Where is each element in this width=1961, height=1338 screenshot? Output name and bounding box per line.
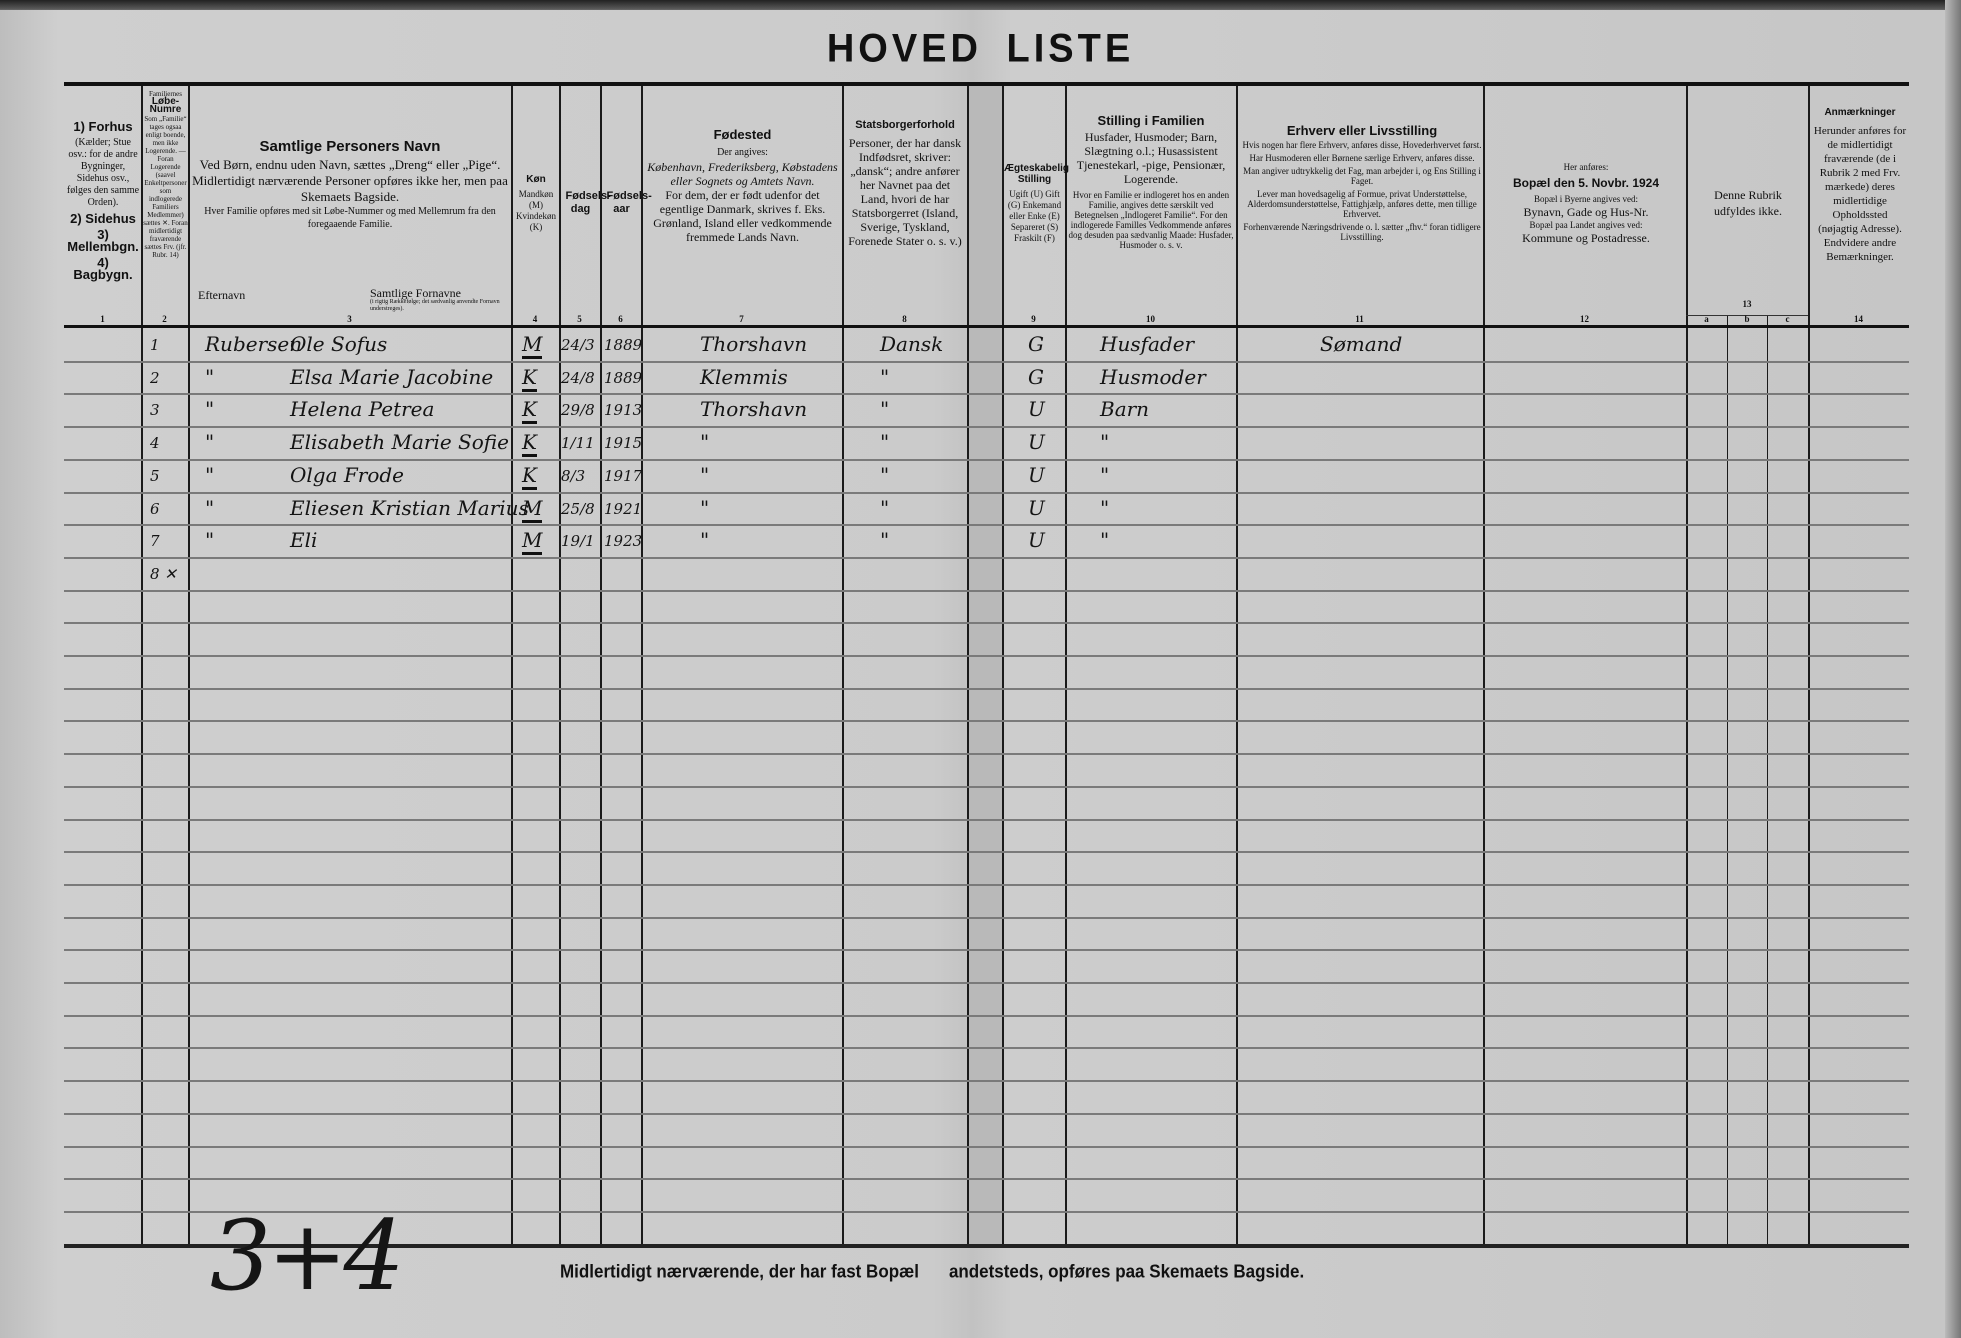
header-col-1: 1) Forhus (Kælder; Stue osv.: for de and… <box>66 88 140 318</box>
footer-note: Midlertidigt nærværende, der har fast Bo… <box>560 1261 1304 1283</box>
row-line <box>64 917 1909 919</box>
row-line <box>64 720 1909 722</box>
entry-birthplace: " <box>700 496 709 520</box>
row-line <box>64 1113 1909 1115</box>
col13-sub-b: b <box>1727 314 1767 324</box>
entry-number: 1 <box>150 336 160 354</box>
row-line <box>64 982 1909 984</box>
col5-heading: Fødsels-dag <box>566 190 596 216</box>
entry-family-role: Husfader <box>1100 332 1194 356</box>
entry-given-names: Eliesen Kristian Marius <box>290 496 529 520</box>
row-line <box>64 557 1909 559</box>
col7-heading: Fødested <box>646 128 839 142</box>
entry-surname: " <box>205 397 214 421</box>
col-number: 14 <box>1808 314 1909 324</box>
row-line <box>64 786 1909 788</box>
footer-note-left: Midlertidigt nærværende, der har fast Bo… <box>560 1261 919 1282</box>
entry-marital-status: U <box>1028 430 1045 454</box>
header-col-2: Familiernes Løbe-Numre Som „Familie“ tag… <box>143 88 188 320</box>
col-number: 6 <box>600 314 641 324</box>
entry-sex: K <box>522 397 537 424</box>
col11-para: Har Husmoderen eller Børnene særlige Erh… <box>1240 153 1484 163</box>
col2-text: Som „Familie“ tages ogsaa enligt boende,… <box>143 115 188 259</box>
entry-birth-year: 1913 <box>604 401 642 419</box>
row-line <box>64 361 1909 363</box>
entry-birth-day: 19/1 <box>561 532 595 550</box>
row-line <box>64 884 1909 886</box>
column-divider-13b <box>1767 315 1768 1244</box>
entry-birthplace: Thorshavn <box>700 397 807 421</box>
col1-text: (Kælder; Stue osv.: for de andre Bygning… <box>66 137 140 209</box>
column-divider-13a <box>1727 315 1728 1244</box>
col7-line2: København, Frederiksberg, Købstadens ell… <box>646 160 839 188</box>
footer-note-right: andetsteds, opføres paa Skemaets Bagside… <box>949 1261 1304 1282</box>
row-line <box>64 1178 1909 1180</box>
entry-citizenship: " <box>880 397 889 421</box>
entry-birthplace: " <box>700 528 709 552</box>
col7-line3: For dem, der er født udenfor det egentli… <box>646 188 839 244</box>
column-divider <box>1808 86 1810 1244</box>
col-number: 3 <box>188 314 511 324</box>
col14-text: Herunder anføres for de midlertidigt fra… <box>1812 124 1908 264</box>
col11-heading: Erhverv eller Livsstilling <box>1240 126 1484 136</box>
entry-marital-status: G <box>1028 365 1044 389</box>
col9-text: Ugift (U) Gift (G) Enkemand eller Enke (… <box>1004 189 1065 244</box>
col8-text: Personer, der har dansk Indfødsret, skri… <box>846 136 964 248</box>
row-line <box>64 1146 1909 1148</box>
col1-extra: 4) Bagbygn. <box>66 257 140 281</box>
page-gutter <box>969 86 1003 1244</box>
entry-given-names: Eli <box>290 528 317 552</box>
entry-surname: " <box>205 528 214 552</box>
col4-text: Mandkøn (M) Kvindekøn (K) <box>513 189 559 233</box>
entry-marital-status: U <box>1028 496 1045 520</box>
entry-birthplace: " <box>700 463 709 487</box>
col-number: 2 <box>141 314 188 324</box>
entry-birth-day: 25/8 <box>561 500 595 518</box>
entry-family-role: Husmoder <box>1100 365 1206 389</box>
col-number: 10 <box>1065 314 1236 324</box>
col11-para: Man angiver udtrykkelig det Fag, man arb… <box>1240 166 1484 186</box>
entry-number: 2 <box>150 369 160 387</box>
entry-birth-year: 1921 <box>604 500 642 518</box>
entry-sex: K <box>522 430 537 457</box>
header-col-9: Ægteskabelig Stilling Ugift (U) Gift (G)… <box>1004 88 1065 318</box>
column-divider <box>967 86 969 1244</box>
entry-marital-status: U <box>1028 463 1045 487</box>
col2-heading: Løbe-Numre <box>143 98 188 114</box>
header-col-10: Stilling i Familien Husfader, Husmoder; … <box>1068 88 1234 346</box>
header-col-13: Denne Rubrik udfyldes ikke. <box>1702 88 1794 318</box>
col10-line2: Hvor en Familie er indlogeret hos en and… <box>1068 190 1234 250</box>
col3-line3: Hver Familie opføres med sit Løbe-Nummer… <box>192 205 508 231</box>
entry-birthplace: " <box>700 430 709 454</box>
col-number: 12 <box>1483 314 1686 324</box>
col3-line1: Ved Børn, endnu uden Navn, sættes „Dreng… <box>192 157 508 173</box>
col12-line4: Kommune og Postadresse. <box>1486 232 1686 245</box>
row-line <box>64 524 1909 526</box>
col12-line2: Bynavn, Gade og Hus-Nr. <box>1486 206 1686 219</box>
col3-sub-surname: Efternavn <box>198 288 245 303</box>
entry-birth-year: 1889 <box>604 369 642 387</box>
row-line <box>64 590 1909 592</box>
col4-heading: Køn <box>513 174 559 185</box>
entry-sex: K <box>522 365 537 392</box>
margin-tally: 3+4 <box>210 1200 401 1312</box>
col7-line1: Der angives: <box>646 146 839 160</box>
entry-number: 5 <box>150 467 160 485</box>
header-col-6: Fødsels-aar <box>602 88 641 318</box>
column-divider <box>641 86 643 1244</box>
col8-heading: Statsborgerforhold <box>846 118 964 132</box>
entry-family-role: " <box>1100 496 1109 520</box>
entry-birth-day: 29/8 <box>561 401 595 419</box>
col-number: 1 <box>64 314 141 324</box>
entry-given-names: Elisabeth Marie Sofie <box>290 430 509 454</box>
entry-citizenship: " <box>880 365 889 389</box>
column-divider <box>188 86 190 1244</box>
col-number: 4 <box>511 314 559 324</box>
entry-marital-status: U <box>1028 528 1045 552</box>
header-col-4: Køn Mandkøn (M) Kvindekøn (K) <box>513 88 559 318</box>
row-line <box>64 753 1909 755</box>
entry-number: 8 ✕ <box>150 565 177 583</box>
entry-citizenship: " <box>880 528 889 552</box>
entry-marital-status: U <box>1028 397 1045 421</box>
entry-given-names: Helena Petrea <box>290 397 434 421</box>
row-line <box>64 426 1909 428</box>
entry-birth-year: 1889 <box>604 336 642 354</box>
entry-sex: M <box>522 332 542 359</box>
row-line <box>64 949 1909 951</box>
entry-family-role: " <box>1100 528 1109 552</box>
col13-sub-c: c <box>1767 314 1808 324</box>
entry-birth-day: 24/8 <box>561 369 595 387</box>
header-col-8: Statsborgerforhold Personer, der har dan… <box>846 88 964 348</box>
row-line <box>64 1047 1909 1049</box>
row-line <box>64 1015 1909 1017</box>
header-col-12: Her anføres: Bopæl den 5. Novbr. 1924 Bo… <box>1486 88 1686 318</box>
col1-heading: 1) Forhus <box>66 121 140 133</box>
entry-marital-status: G <box>1028 332 1044 356</box>
row-line <box>64 851 1909 853</box>
row-line <box>64 393 1909 395</box>
entry-given-names: Elsa Marie Jacobine <box>290 365 493 389</box>
entry-birth-year: 1917 <box>604 467 642 485</box>
col11-para: Lever man hovedsagelig af Formue, privat… <box>1240 189 1484 219</box>
entry-sex: M <box>522 528 542 555</box>
entry-birth-day: 1/11 <box>561 434 595 452</box>
col-number: 11 <box>1236 314 1483 324</box>
col13-sub-a: a <box>1686 314 1727 324</box>
entry-birth-day: 8/3 <box>561 467 585 485</box>
entry-birth-day: 24/3 <box>561 336 595 354</box>
col3-line2: Midlertidigt nærværende Personer opføres… <box>192 173 508 205</box>
entry-birth-year: 1923 <box>604 532 642 550</box>
entry-citizenship: " <box>880 496 889 520</box>
entry-citizenship: " <box>880 430 889 454</box>
col11-para: Hvis nogen har flere Erhverv, anføres di… <box>1240 140 1484 150</box>
entry-surname: Rubersen <box>205 332 302 356</box>
col9-heading: Ægteskabelig Stilling <box>1004 163 1065 185</box>
col12-heading: Bopæl den 5. Novbr. 1924 <box>1486 177 1686 190</box>
col6-heading: Fødsels-aar <box>607 190 637 216</box>
col-number: 5 <box>559 314 600 324</box>
entry-number: 7 <box>150 532 160 550</box>
col12-line0: Her anføres: <box>1486 161 1686 174</box>
header-col-14: Anmærkninger Herunder anføres for de mid… <box>1812 88 1908 336</box>
row-line <box>64 1080 1909 1082</box>
entry-birthplace: Klemmis <box>700 365 788 389</box>
entry-sex: M <box>522 496 542 523</box>
col10-heading: Stilling i Familien <box>1068 116 1234 126</box>
entry-birthplace: Thorshavn <box>700 332 807 356</box>
entry-birth-year: 1915 <box>604 434 642 452</box>
entry-family-role: " <box>1100 430 1109 454</box>
entry-surname: " <box>205 365 214 389</box>
column-divider <box>1065 86 1067 1244</box>
col13-text: Denne Rubrik udfyldes ikke. <box>1702 187 1794 219</box>
col-number: 7 <box>641 314 842 324</box>
col14-heading: Anmærkninger <box>1812 106 1908 120</box>
column-divider <box>842 86 844 1244</box>
entry-number: 4 <box>150 434 160 452</box>
entry-surname: " <box>205 463 214 487</box>
entry-surname: " <box>205 496 214 520</box>
row-line <box>64 655 1909 657</box>
scan-right-edge <box>1945 0 1961 1338</box>
header-col-5: Fødsels-dag <box>561 88 600 318</box>
entry-citizenship: " <box>880 463 889 487</box>
header-bottom-rule <box>64 325 1909 328</box>
col3-heading: Samtlige Personers Navn <box>192 140 508 153</box>
entry-number: 6 <box>150 500 160 518</box>
row-line <box>64 492 1909 494</box>
column-divider <box>1236 86 1238 1244</box>
col1-extra: 3) Mellembgn. <box>66 229 140 253</box>
col10-line1: Husfader, Husmoder; Barn, Slægtning o.l.… <box>1068 130 1234 186</box>
entry-citizenship: Dansk <box>880 332 943 356</box>
row-line <box>64 819 1909 821</box>
entry-family-role: Barn <box>1100 397 1149 421</box>
page-title: HOVED LISTE <box>0 27 1961 72</box>
col-number: 13 <box>1686 299 1808 309</box>
row-line <box>64 622 1909 624</box>
col3-sub-given-note: (i rigtig Rækkefølge; det sædvanlig anve… <box>370 299 510 313</box>
column-divider <box>1686 86 1688 1244</box>
entry-number: 3 <box>150 401 160 419</box>
entry-surname: " <box>205 430 214 454</box>
row-line <box>64 459 1909 461</box>
col-number: 8 <box>842 314 967 324</box>
entry-given-names: Ole Sofus <box>290 332 387 356</box>
entry-sex: K <box>522 463 537 490</box>
row-line <box>64 688 1909 690</box>
col11-para: Forhenværende Næringsdrivende o. l. sætt… <box>1240 222 1484 242</box>
col1-extra: 2) Sidehus <box>66 213 140 225</box>
entry-given-names: Olga Frode <box>290 463 404 487</box>
entry-family-role: " <box>1100 463 1109 487</box>
col-number: 9 <box>1002 314 1065 324</box>
entry-occupation: Sømand <box>1320 332 1402 356</box>
